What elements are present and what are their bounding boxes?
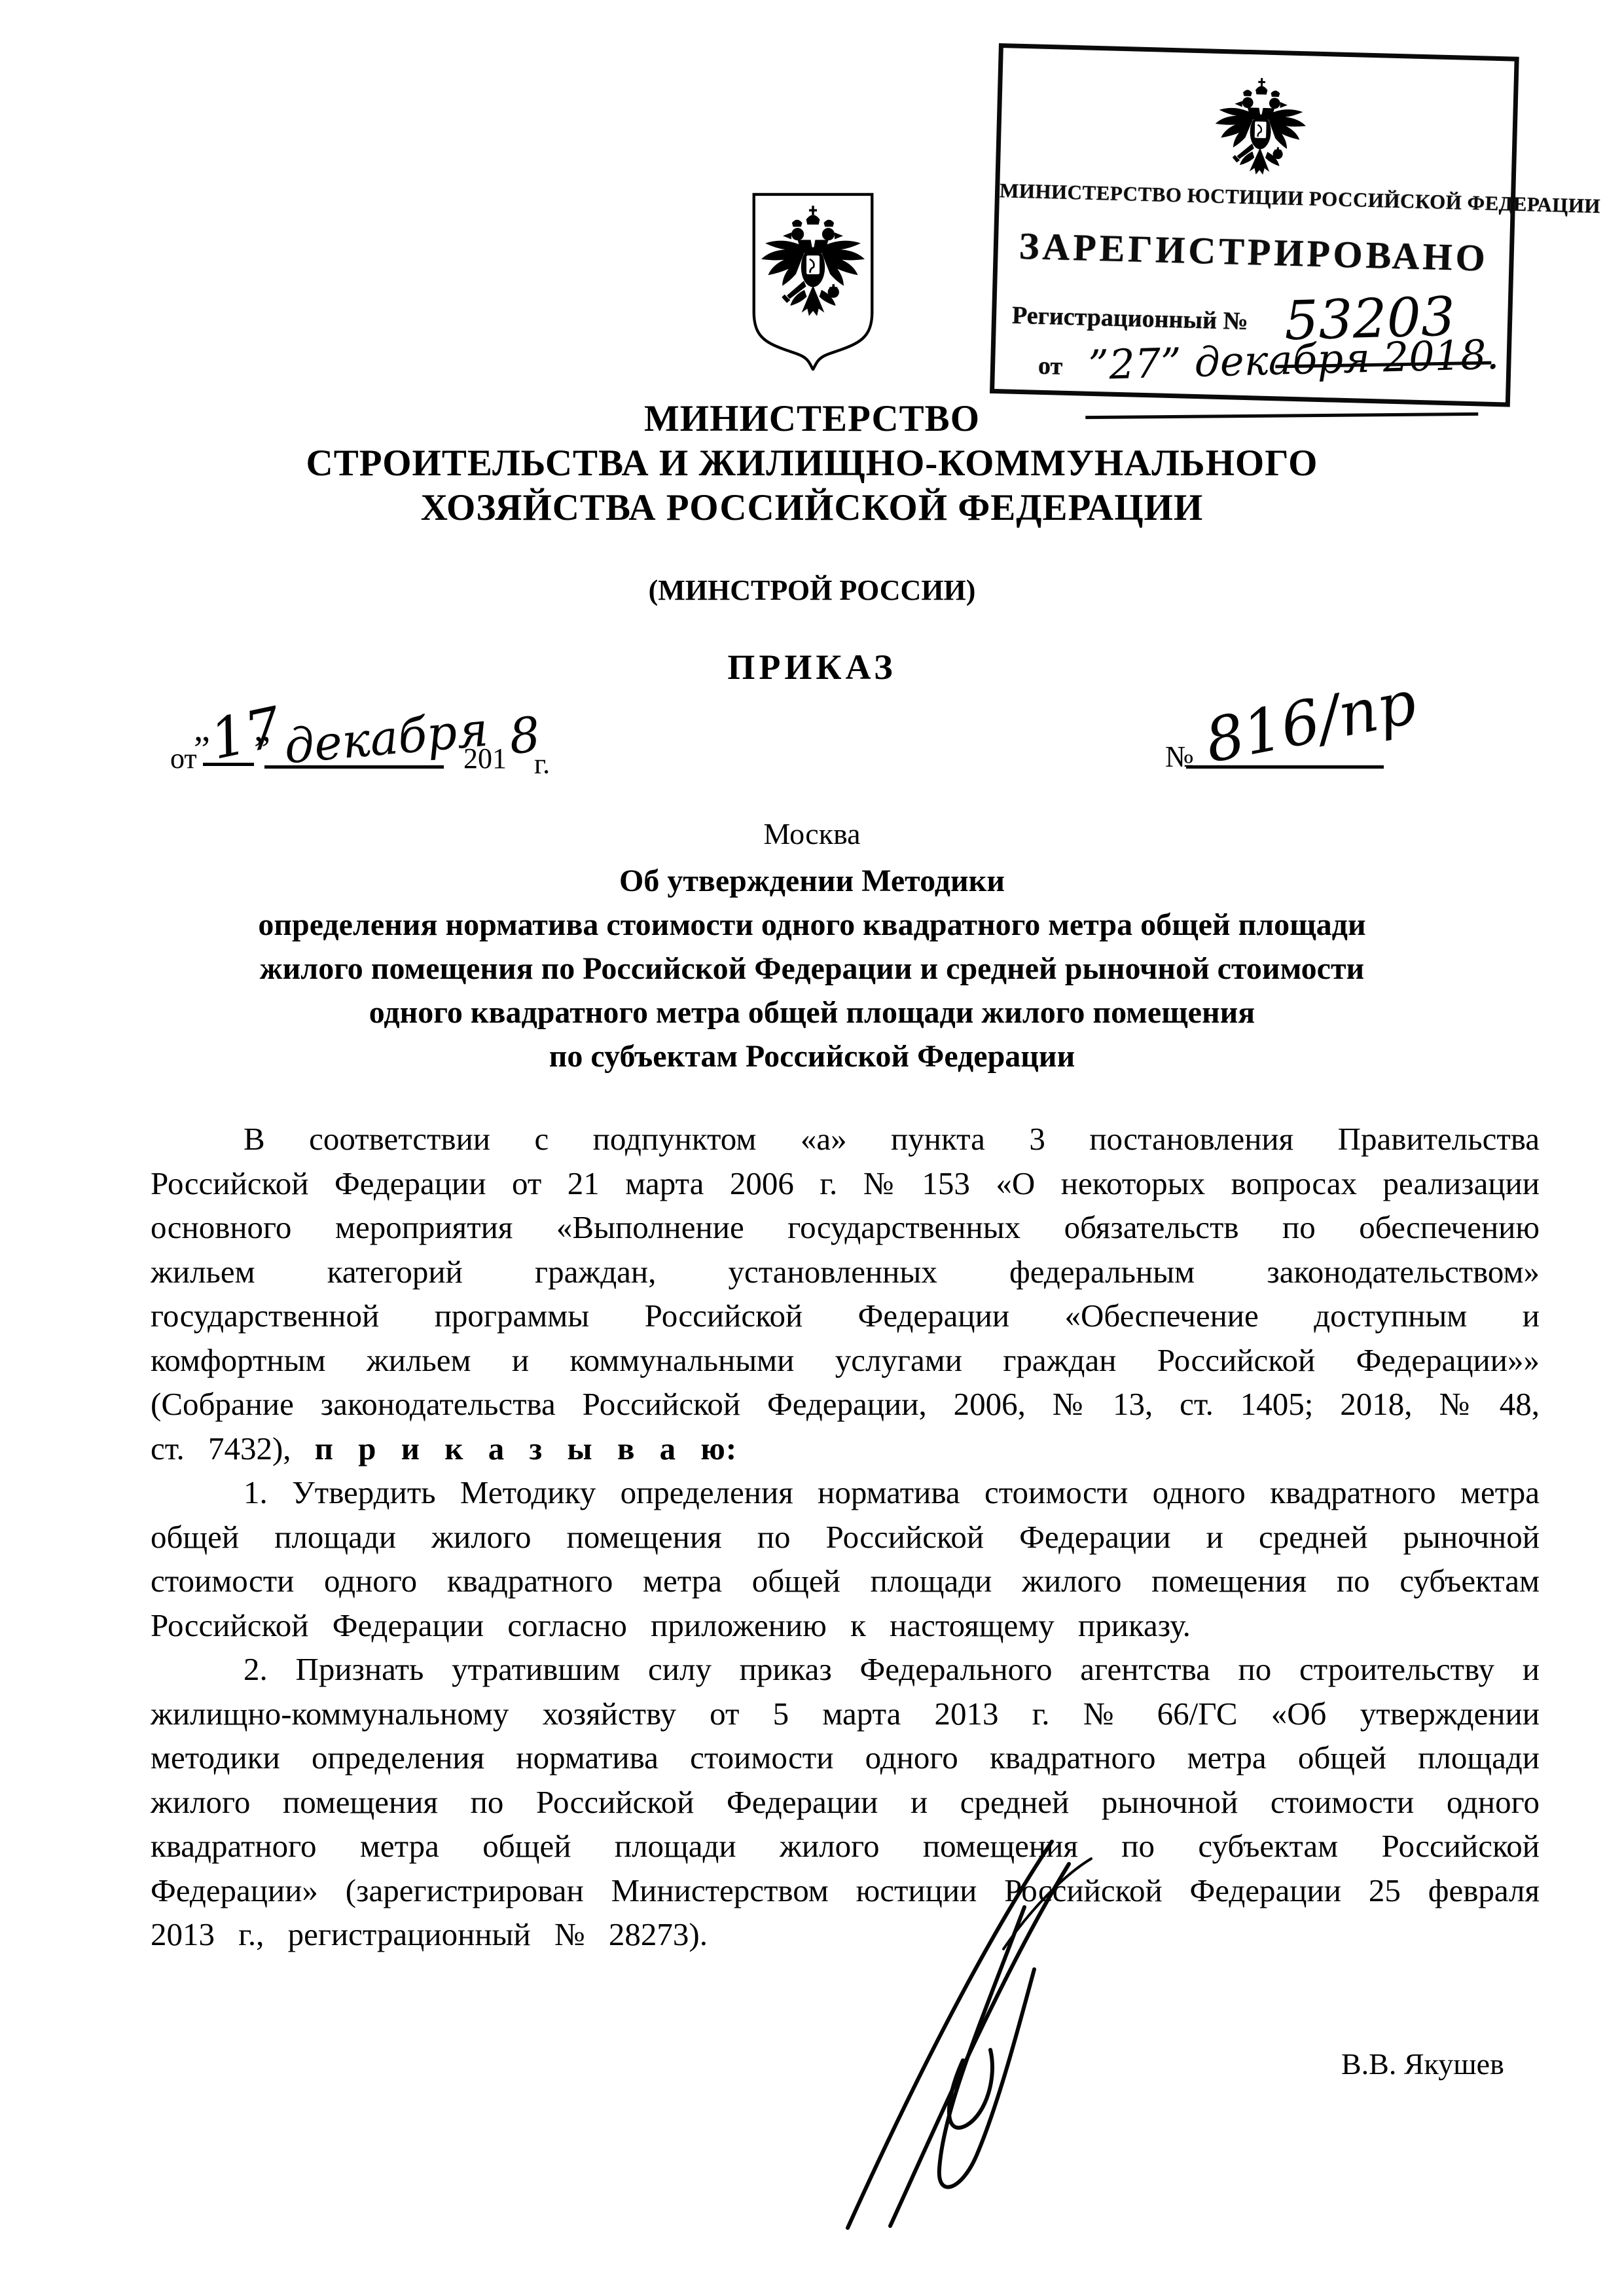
- stamp-registered-label: ЗАРЕГИСТРИРОВАНО: [998, 223, 1509, 280]
- order-date-line: от ” 17 ” декабря 201 8 г.: [151, 710, 740, 822]
- ministry-line-1: МИНИСТЕРСТВО: [0, 397, 1624, 441]
- city-label: Москва: [0, 816, 1624, 851]
- stamp-reg-number-label: Регистрационный №: [1012, 301, 1249, 336]
- ministry-short-name: (МИНСТРОЙ РОССИИ): [0, 574, 1624, 607]
- order-number-line: № 816/пр: [1159, 710, 1564, 822]
- subject-line-3: жилого помещения по Российской Федерации…: [79, 947, 1545, 991]
- ministry-line-2: СТРОИТЕЛЬСТВА И ЖИЛИЩНО-КОММУНАЛЬНОГО: [0, 441, 1624, 486]
- registration-stamp: МИНИСТЕРСТВО ЮСТИЦИИ РОССИЙСКОЙ ФЕДЕРАЦИ…: [990, 43, 1519, 407]
- subject-line-1: Об утверждении Методики: [79, 859, 1545, 903]
- subject-line-2: определения норматива стоимости одного к…: [79, 903, 1545, 947]
- date-month-underline: [264, 765, 444, 769]
- ministry-heading: МИНИСТЕРСТВО СТРОИТЕЛЬСТВА И ЖИЛИЩНО-КОМ…: [0, 397, 1624, 530]
- date-year-suffix: г.: [534, 747, 550, 780]
- date-year-printed: 201: [463, 742, 507, 775]
- coat-of-arms-icon: [742, 190, 884, 371]
- date-day-handwritten: 17: [205, 695, 287, 772]
- order-subject: Об утверждении Методики определения норм…: [79, 859, 1545, 1078]
- document-page: МИНИСТЕРСТВО ЮСТИЦИИ РОССИЙСКОЙ ФЕДЕРАЦИ…: [0, 0, 1624, 2296]
- number-sign: №: [1165, 739, 1194, 774]
- date-day-underline: [203, 763, 254, 766]
- date-close-quote: ”: [254, 729, 270, 771]
- stamp-date-prefix: от: [1038, 352, 1063, 381]
- stamp-date-value: ”27” декабря 2018.: [1088, 331, 1500, 389]
- preamble-text: В соответствии с подпунктом «а» пункта 3…: [151, 1121, 1540, 1467]
- subject-line-4: одного квадратного метра общей площади ж…: [79, 991, 1545, 1034]
- date-month-handwritten: декабря: [282, 702, 490, 774]
- stamp-eagle-icon: [1210, 76, 1312, 183]
- paragraph-item-1: 1. Утвердить Методику определения нормат…: [151, 1470, 1540, 1647]
- prikaz-emphasis: п р и к а з ы в а ю:: [315, 1430, 737, 1467]
- signature-stroke-icon: [808, 1830, 1123, 2232]
- paragraph-preamble: В соответствии с подпунктом «а» пункта 3…: [151, 1117, 1540, 1470]
- number-underline: [1186, 765, 1384, 769]
- date-prefix: от: [170, 742, 197, 775]
- ministry-line-3: ХОЗЯЙСТВА РОССИЙСКОЙ ФЕДЕРАЦИИ: [0, 486, 1624, 530]
- subject-line-5: по субъектам Российской Федерации: [79, 1034, 1545, 1078]
- signer-name: В.В. Якушев: [1341, 2047, 1504, 2081]
- stamp-ministry-line: МИНИСТЕРСТВО ЮСТИЦИИ РОССИЙСКОЙ ФЕДЕРАЦИ…: [1000, 179, 1511, 215]
